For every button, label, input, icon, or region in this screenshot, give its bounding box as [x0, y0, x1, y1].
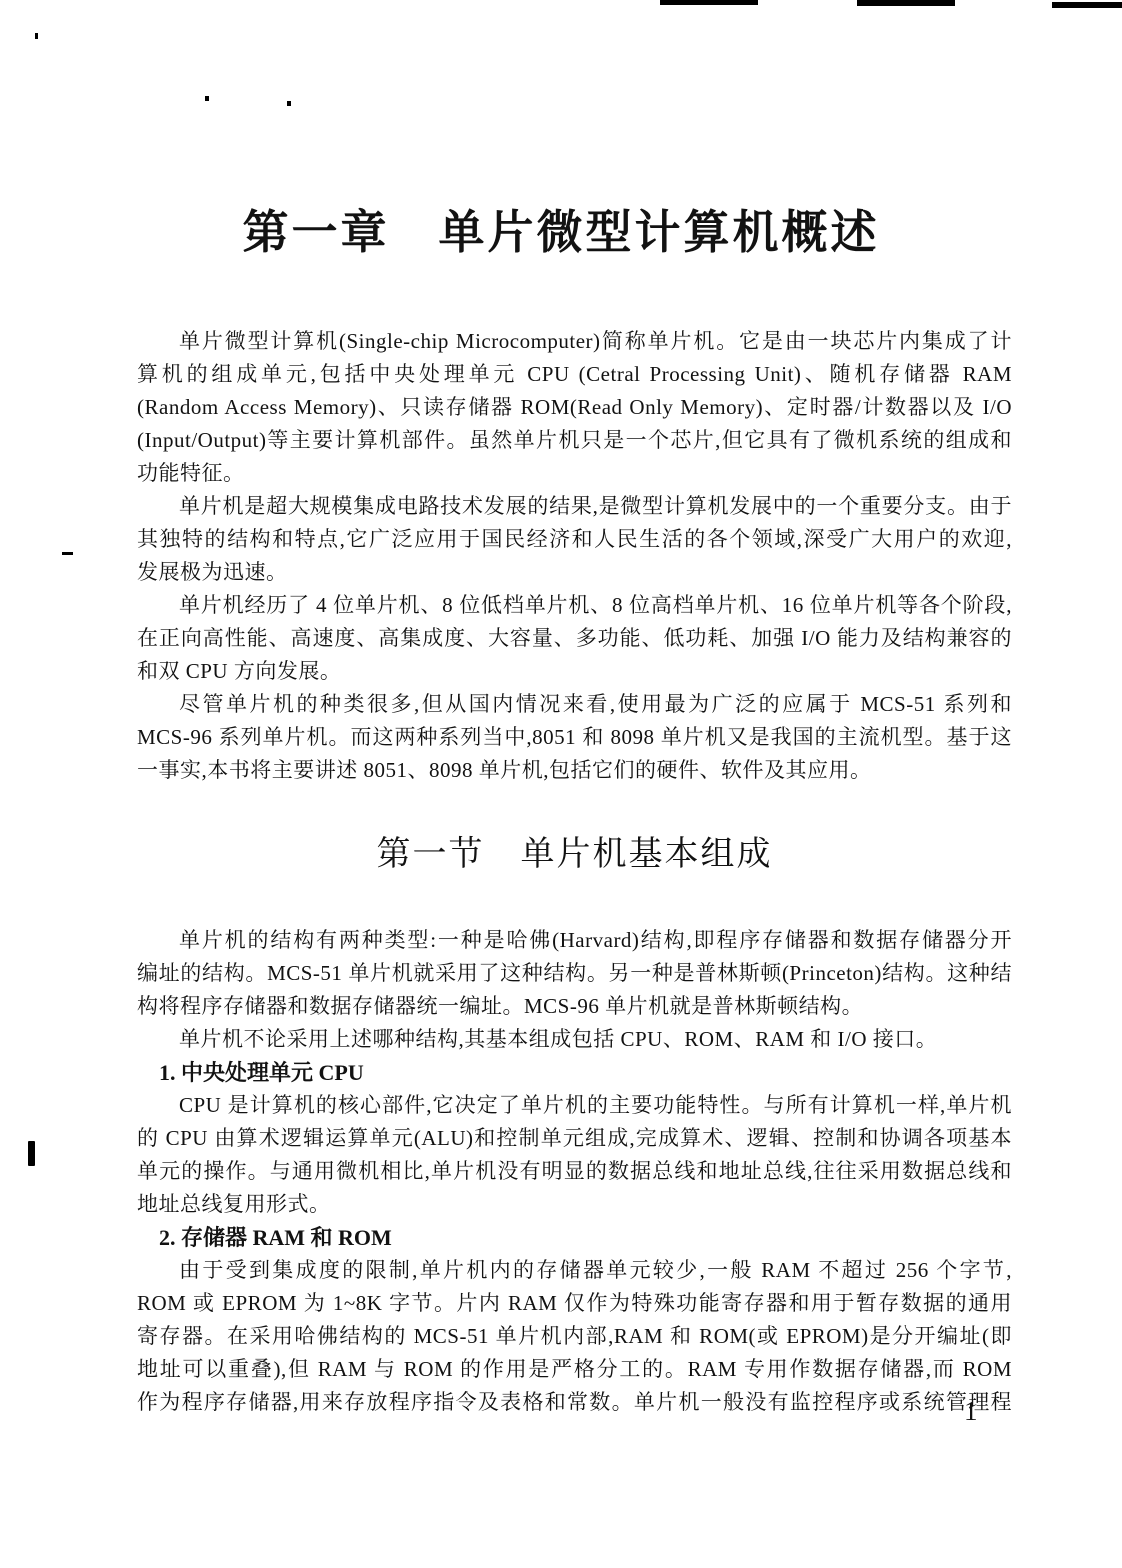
section-title: 第一节 单片机基本组成 — [137, 831, 1012, 879]
text-line: 尽管单片机的种类很多,但从国内情况来看,使用最为广泛的应属于 MCS-51 系列… — [137, 688, 1012, 721]
scan-artifact-speck — [35, 33, 38, 39]
text-line: 单片机经历了 4 位单片机、8 位低档单片机、8 位高档单片机、16 位单片机等… — [137, 589, 1012, 622]
scan-artifact-speck — [205, 96, 209, 101]
scan-artifact-bar — [660, 0, 758, 5]
text-line: (Input/Output)等主要计算机部件。虽然单片机只是一个芯片,但它具有了… — [137, 424, 1012, 457]
scan-artifact-bar — [857, 0, 955, 6]
scan-artifact-speck — [287, 101, 291, 106]
text-line: 在正向高性能、高速度、高集成度、大容量、多功能、低功耗、加强 I/O 能力及结构… — [137, 622, 1012, 655]
text-line: 发展极为迅速。 — [137, 556, 1012, 589]
numbered-heading: 1. 中央处理单元 CPU — [137, 1056, 1012, 1089]
text-line: 作为程序存储器,用来存放程序指令及表格和常数。单片机一般没有监控程序或系统管理程 — [137, 1386, 1012, 1419]
text-line: 其独特的结构和特点,它广泛应用于国民经济和人民生活的各个领域,深受广大用户的欢迎… — [137, 523, 1012, 556]
scan-artifact-dash — [62, 552, 73, 555]
chapter-title: 第一章 单片微型计算机概述 — [0, 196, 1122, 262]
text-line: 一事实,本书将主要讲述 8051、8098 单片机,包括它们的硬件、软件及其应用… — [137, 754, 1012, 787]
body-text: 单片微型计算机(Single-chip Microcomputer)简称单片机。… — [137, 325, 1012, 1419]
numbered-heading: 2. 存储器 RAM 和 ROM — [137, 1221, 1012, 1254]
text-line: 构将程序存储器和数据存储器统一编址。MCS-96 单片机就是普林斯顿结构。 — [137, 990, 1012, 1023]
text-line: 单片微型计算机(Single-chip Microcomputer)简称单片机。… — [137, 325, 1012, 358]
text-line: 单元的操作。与通用微机相比,单片机没有明显的数据总线和地址总线,往往采用数据总线… — [137, 1155, 1012, 1188]
text-line: 单片机的结构有两种类型:一种是哈佛(Harvard)结构,即程序存储器和数据存储… — [137, 924, 1012, 957]
text-line: 算机的组成单元,包括中央处理单元 CPU (Cetral Processing … — [137, 358, 1012, 391]
text-line: MCS-96 系列单片机。而这两种系列当中,8051 和 8098 单片机又是我… — [137, 721, 1012, 754]
text-line: 单片机是超大规模集成电路技术发展的结果,是微型计算机发展中的一个重要分支。由于 — [137, 490, 1012, 523]
text-line: 的 CPU 由算术逻辑运算单元(ALU)和控制单元组成,完成算术、逻辑、控制和协… — [137, 1122, 1012, 1155]
text-line: 地址可以重叠),但 RAM 与 ROM 的作用是严格分工的。RAM 专用作数据存… — [137, 1353, 1012, 1386]
text-line: 地址总线复用形式。 — [137, 1188, 1012, 1221]
scanned-book-page: 第一章 单片微型计算机概述 单片微型计算机(Single-chip Microc… — [0, 0, 1122, 1568]
text-line: CPU 是计算机的核心部件,它决定了单片机的主要功能特性。与所有计算机一样,单片… — [137, 1089, 1012, 1122]
text-line: 编址的结构。MCS-51 单片机就采用了这种结构。另一种是普林斯顿(Prince… — [137, 957, 1012, 990]
text-line: 单片机不论采用上述哪种结构,其基本组成包括 CPU、ROM、RAM 和 I/O … — [137, 1023, 1012, 1056]
text-line: 和双 CPU 方向发展。 — [137, 655, 1012, 688]
scan-artifact-ink-mark — [28, 1141, 35, 1166]
scan-artifact-bar — [1052, 2, 1122, 8]
text-line: ROM 或 EPROM 为 1~8K 字节。片内 RAM 仅作为特殊功能寄存器和… — [137, 1287, 1012, 1320]
text-line: 功能特征。 — [137, 457, 1012, 490]
text-line: 由于受到集成度的限制,单片机内的存储器单元较少,一般 RAM 不超过 256 个… — [137, 1254, 1012, 1287]
text-line: 寄存器。在采用哈佛结构的 MCS-51 单片机内部,RAM 和 ROM(或 EP… — [137, 1320, 1012, 1353]
page-number: 1 — [964, 1396, 978, 1427]
text-line: (Random Access Memory)、只读存储器 ROM(Read On… — [137, 391, 1012, 424]
